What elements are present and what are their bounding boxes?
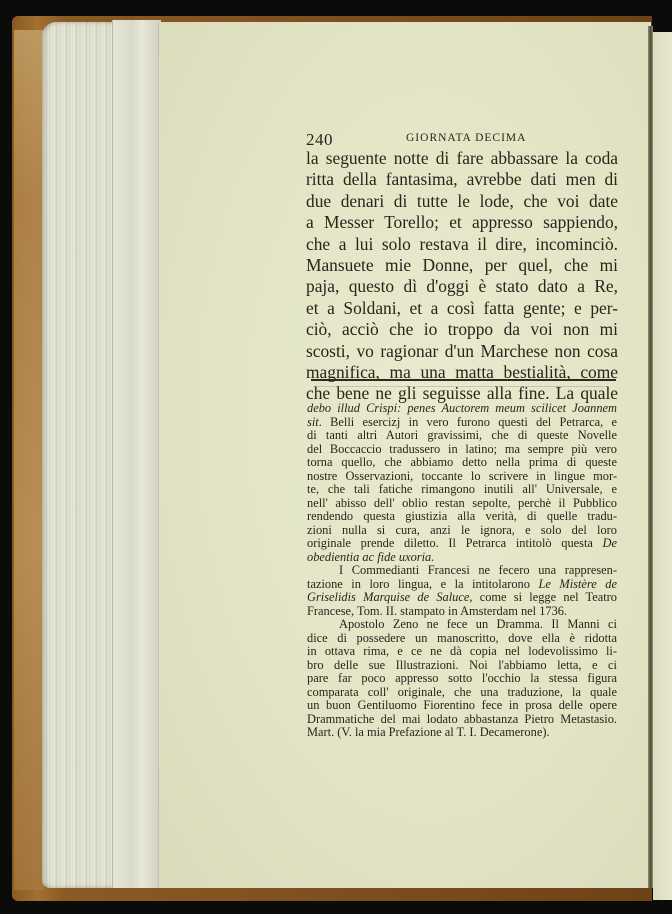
footnote-line: Griselidis Marquise de Saluce, come si l…	[307, 591, 617, 605]
footnote-line: un buon Gentiluomo Fiorentino fece in pr…	[307, 699, 617, 713]
body-text-line: due denari di tutte le lode, che voi dat…	[306, 191, 618, 212]
italic-text: sit	[307, 415, 319, 429]
footnote-line: zioni nulla si cura, anzi le ignora, e s…	[307, 524, 617, 538]
footnote-line: Apostolo Zeno ne fece un Dramma. Il Mann…	[307, 618, 617, 632]
roman-text: , come si legge nel Teatro	[469, 590, 617, 604]
footnote-line: sit. Belli esercizj in vero furono quest…	[307, 416, 617, 430]
footnote-line: I Commedianti Francesi ne fecero una rap…	[307, 564, 617, 578]
body-text-line: et a Soldani, et a così fatta gente; e p…	[306, 298, 618, 319]
roman-text: . Belli esercizj in vero furono questi d…	[319, 415, 617, 429]
body-text-line: Mansuete mie Donne, per quel, che mi	[306, 255, 618, 276]
facing-page-edge	[653, 32, 672, 900]
footnote-line: Drammatiche del mai lodato abbastanza Pi…	[307, 713, 617, 727]
page-fore-edge	[112, 20, 161, 888]
footnote-line: nostre Osservazioni, toccante lo scriver…	[307, 470, 617, 484]
show-through-line	[315, 386, 605, 387]
footnote-line: bro delle sue Illustrazioni. Noi l'abbia…	[307, 659, 617, 673]
footnote-separator-rule	[311, 379, 616, 381]
body-text-line: a Messer Torello; et appresso sappiendo,	[306, 212, 618, 233]
roman-text: originale prende diletto. Il Petrarca in…	[307, 536, 603, 550]
body-text: la seguente notte di fare abbassare la c…	[306, 148, 618, 405]
italic-text: Griselidis Marquise de Saluce	[307, 590, 469, 604]
body-text-line: la seguente notte di fare abbassare la c…	[306, 148, 618, 169]
running-head-title: GIORNATA DECIMA	[406, 132, 526, 144]
body-text-line: che a lui solo restava il dire, incominc…	[306, 234, 618, 255]
footnote-line: tazione in loro lingua, e la intitolaron…	[307, 578, 617, 592]
cover-endpaper	[14, 30, 44, 890]
footnote-line: debo illud Crispi: penes Auctorem meum s…	[307, 402, 617, 416]
roman-text: tazione in loro lingua, e la intitolaron…	[307, 577, 538, 591]
footnote-line: te, che tali fatiche rimangono inutili a…	[307, 483, 617, 497]
body-text-line: ritta della fantasima, avrebbe dati men …	[306, 169, 618, 190]
footnote-line: originale prende diletto. Il Petrarca in…	[307, 537, 617, 551]
footnote-line: Mart. (V. la mia Prefazione al T. I. Dec…	[307, 726, 617, 740]
body-text-line: scosti, vo ragionar d'un Marchese non co…	[306, 341, 618, 362]
body-text-line: ciò, acciò che io troppo da voi non mi	[306, 319, 618, 340]
italic-text: De	[603, 536, 617, 550]
footnote-line: nell' abisso dell' oblio restan sepolte,…	[307, 497, 617, 511]
footnote-line: dice di possedere un manoscritto, dove e…	[307, 632, 617, 646]
footnote-line: obedientia ac fide uxoria.	[307, 551, 617, 565]
main-text-block: 240 GIORNATA DECIMA la seguente notte di…	[306, 130, 618, 405]
footnote-line: di tanti altri Autori gravissimi, che di…	[307, 429, 617, 443]
footnote-line: comparata coll' originale, che una tradu…	[307, 686, 617, 700]
page-number: 240	[306, 130, 333, 150]
footnote-line: rendendo questa giustizia alla verità, d…	[307, 510, 617, 524]
footnote-line: torna quello, che abbiamo detto nella pr…	[307, 456, 617, 470]
footnote-line: Francese, Tom. II. stampato in Amsterdam…	[307, 605, 617, 619]
running-head: 240 GIORNATA DECIMA	[306, 130, 618, 148]
footnote-line: pare far poco appresso sotto l'occhio la…	[307, 672, 617, 686]
body-text-line: paja, questo dì d'oggi è stato dato a Re…	[306, 276, 618, 297]
italic-text: Le Mistère de	[538, 577, 617, 591]
footnotes-block: debo illud Crispi: penes Auctorem meum s…	[307, 402, 617, 740]
footnote-line: in ottava rima, e ce ne dà copia nel lod…	[307, 645, 617, 659]
footnote-line: del Boccaccio tradussero in latino; ma s…	[307, 443, 617, 457]
